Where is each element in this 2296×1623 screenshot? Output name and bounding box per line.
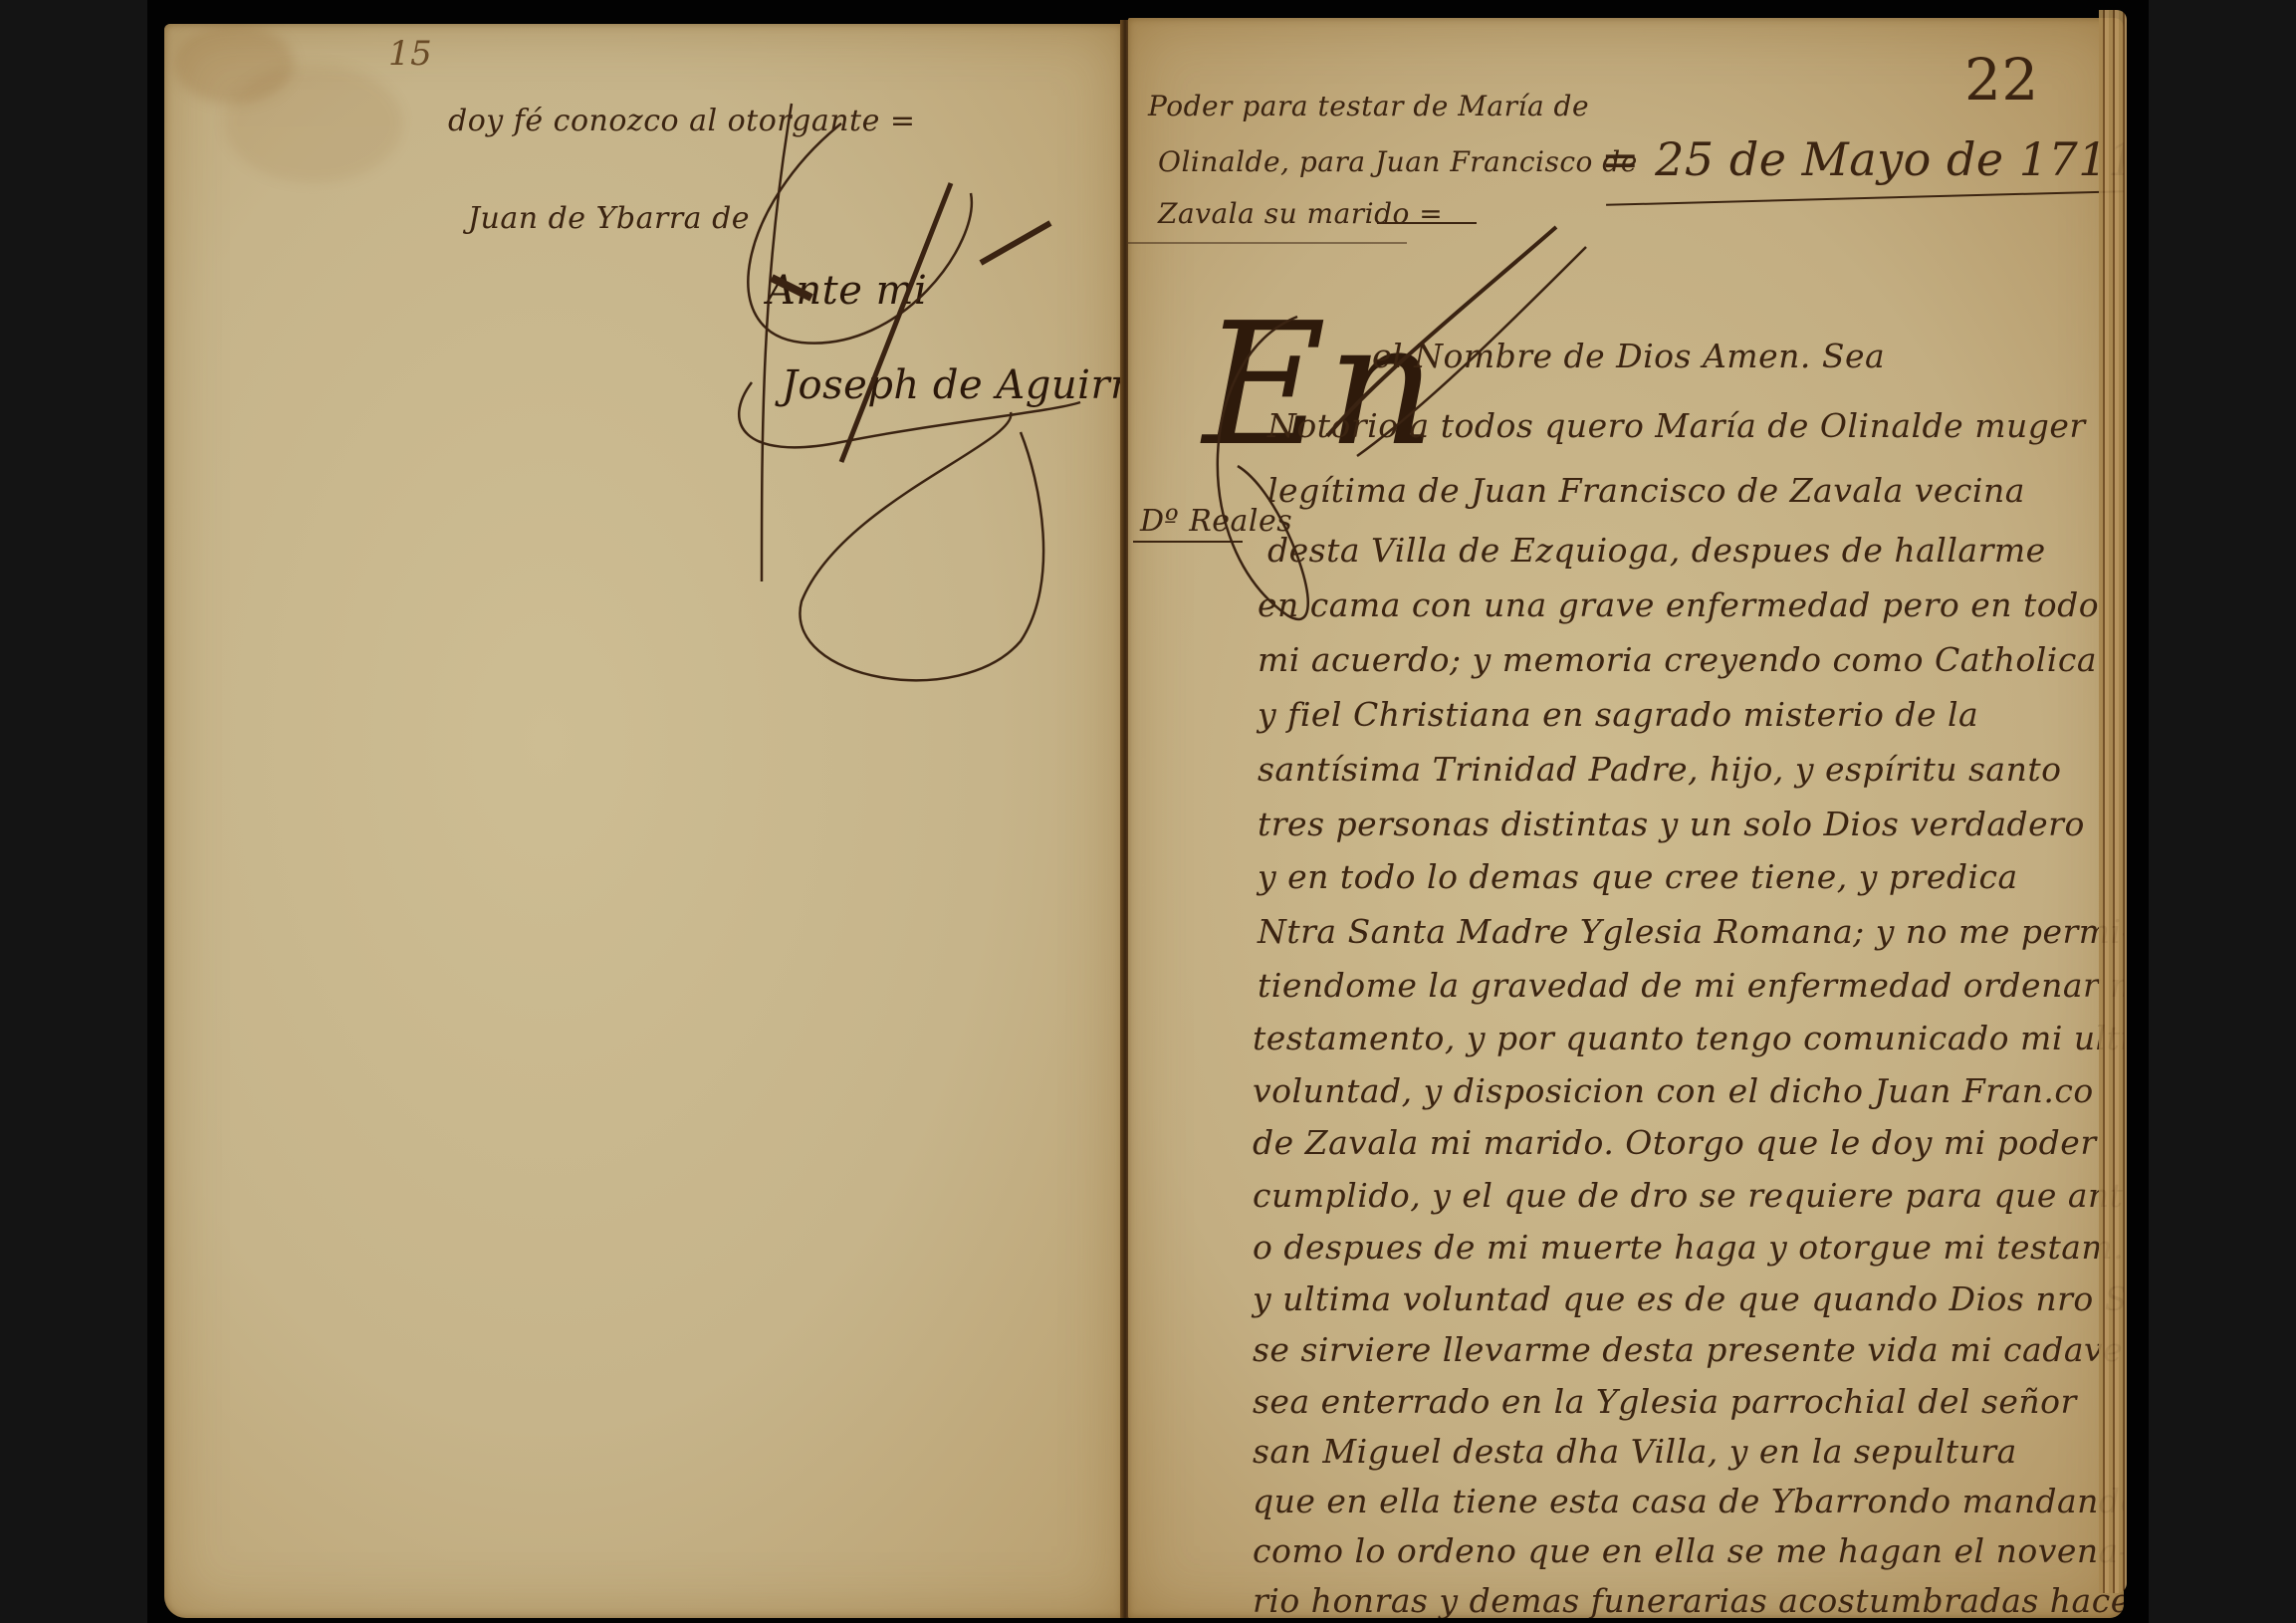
- body-line: mi acuerdo; y memoria creyendo como Cath…: [1258, 640, 2097, 679]
- folio-mark: 15: [388, 34, 432, 74]
- body-line: voluntad, y disposicion con el dicho Jua…: [1253, 1071, 2094, 1110]
- body-line: santísima Trinidad Padre, hijo, y espíri…: [1258, 750, 2061, 789]
- body-line: como lo ordeno que en ella se me hagan e…: [1253, 1531, 2124, 1570]
- body-line: el Nombre de Dios Amen. Sea: [1372, 337, 1885, 375]
- body-line: tres personas distintas y un solo Dios v…: [1258, 805, 2085, 843]
- date-underline: [1606, 190, 2124, 206]
- body-line: en cama con una grave enfermedad pero en…: [1258, 585, 2099, 624]
- document-viewer: 15 doy fé conozco al otorgante = Juan de…: [0, 0, 2296, 1623]
- body-line: testamento, y por quanto tengo comunicad…: [1253, 1019, 2124, 1057]
- right-page: 22 Poder para testar de María de Olinald…: [1128, 18, 2124, 1618]
- header-line-2: Olinalde, para Juan Francisco de: [1158, 145, 1638, 178]
- body-line: se sirviere llevarme desta presente vida…: [1253, 1330, 2124, 1369]
- folio-number: 22: [1964, 46, 2039, 114]
- body-line: legítima de Juan Francisco de Zavala vec…: [1267, 471, 2025, 510]
- body-line: y en todo lo demas que cree tiene, y pre…: [1258, 857, 2018, 896]
- body-line: que en ella tiene esta casa de Ybarrondo…: [1253, 1482, 2124, 1520]
- body-line: y ultima voluntad que es de que quando D…: [1253, 1279, 2124, 1318]
- header-line-1: Poder para testar de María de: [1148, 90, 1589, 122]
- body-line: san Miguel desta dha Villa, y en la sepu…: [1253, 1432, 2017, 1471]
- left-page: 15 doy fé conozco al otorgante = Juan de…: [164, 24, 1123, 1618]
- body-line: rio honras y demas funerarias acostumbra…: [1253, 1581, 2124, 1618]
- body-line: sea enterrado en la Yglesia parrochial d…: [1253, 1382, 2077, 1421]
- body-line: o despues de mi muerte haga y otorgue mi…: [1253, 1228, 2124, 1267]
- body-line: desta Villa de Ezquioga, despues de hall…: [1267, 531, 2046, 570]
- body-line: de Zavala mi marido. Otorgo que le doy m…: [1253, 1123, 2097, 1162]
- body-line: cumplido, y el que de dro se requiere pa…: [1253, 1176, 2124, 1215]
- water-stain: [224, 64, 403, 183]
- page-edges-stack: [2099, 10, 2127, 1593]
- body-line: Notorio a todos quero María de Olinalde …: [1267, 406, 2086, 445]
- body-line: y fiel Christiana en sagrado misterio de…: [1258, 695, 1978, 734]
- manuscript-scan: 15 doy fé conozco al otorgante = Juan de…: [147, 0, 2149, 1623]
- body-line: Ntra Santa Madre Yglesia Romana; y no me…: [1258, 912, 2124, 951]
- document-date: = 25 de Mayo de 1711 =: [1601, 132, 2124, 186]
- body-line: tiendome la gravedad de mi enfermedad or…: [1258, 966, 2124, 1005]
- signature-flourish-icon: [722, 84, 1123, 701]
- left-text-line-2: Juan de Ybarra de: [468, 201, 750, 236]
